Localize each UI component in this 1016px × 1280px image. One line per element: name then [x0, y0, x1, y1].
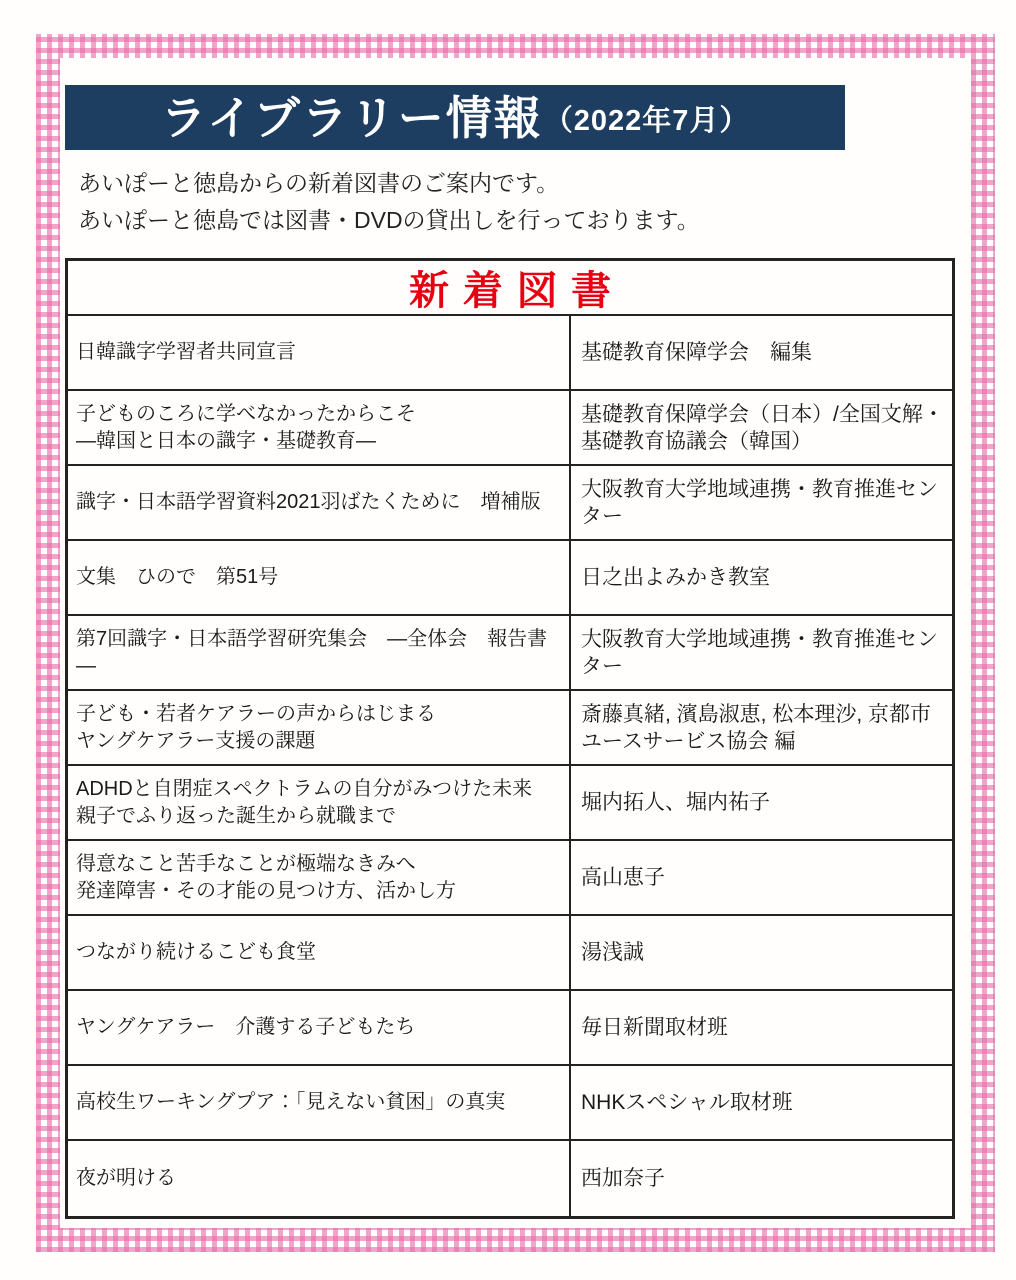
book-title-cell: ADHDと自閉症スペクトラムの自分がみつけた未来 親子でふり返った誕生から就職ま… [68, 766, 571, 839]
table-row: 得意なこと苦手なことが極端なきみへ 発達障害・その才能の見つけ方、活かし方 高山… [68, 841, 952, 916]
table-row: 子ども・若者ケアラーの声からはじまる ヤングケアラー支援の課題 斎藤真緒, 濱島… [68, 691, 952, 766]
flyer-page: ライブラリー情報 （2022年7月） あいぽーと徳島からの新着図書のご案内です。… [0, 0, 1016, 1280]
intro-text: あいぽーと徳島からの新着図書のご案内です。 あいぽーと徳島では図書・DVDの貸出… [78, 165, 938, 239]
book-title-cell: 日韓識字学習者共同宣言 [68, 316, 571, 389]
intro-line-1: あいぽーと徳島からの新着図書のご案内です。 [78, 165, 938, 202]
book-author-cell: 毎日新聞取材班 [571, 991, 952, 1064]
book-author-cell: 日之出よみかき教室 [571, 541, 952, 614]
book-author-cell: 大阪教育大学地域連携・教育推進センター [571, 616, 952, 689]
table-row: つながり続けるこども食堂 湯浅誠 [68, 916, 952, 991]
page-title-banner: ライブラリー情報 （2022年7月） [65, 85, 845, 150]
book-author-cell: 西加奈子 [571, 1141, 952, 1216]
book-author-cell: 堀内拓人、堀内祐子 [571, 766, 952, 839]
book-title-cell: 得意なこと苦手なことが極端なきみへ 発達障害・その才能の見つけ方、活かし方 [68, 841, 571, 914]
book-title-cell: 子どものころに学べなかったからこそ ―韓国と日本の識字・基礎教育― [68, 391, 571, 464]
table-row: ヤングケアラー 介護する子どもたち 毎日新聞取材班 [68, 991, 952, 1066]
table-row: 識字・日本語学習資料2021羽ばたくために 増補版 大阪教育大学地域連携・教育推… [68, 466, 952, 541]
book-author-cell: 大阪教育大学地域連携・教育推進センター [571, 466, 952, 539]
intro-line-2: あいぽーと徳島では図書・DVDの貸出しを行っております。 [78, 202, 938, 239]
book-title-cell: 高校生ワーキングプア：「見えない貧困」の真実 [68, 1066, 571, 1139]
book-title-cell: 夜が明ける [68, 1141, 571, 1216]
table-row: 日韓識字学習者共同宣言 基礎教育保障学会 編集 [68, 316, 952, 391]
table-row: 高校生ワーキングプア：「見えない貧困」の真実 NHKスペシャル取材班 [68, 1066, 952, 1141]
book-author-cell: 高山恵子 [571, 841, 952, 914]
table-row: 文集 ひので 第51号 日之出よみかき教室 [68, 541, 952, 616]
book-author-cell: 斎藤真緒, 濱島淑恵, 松本理沙, 京都市ユースサービス協会 編 [571, 691, 952, 764]
page-title: ライブラリー情報 [161, 95, 542, 141]
book-title-cell: つながり続けるこども食堂 [68, 916, 571, 989]
page-title-date: （2022年7月） [544, 99, 750, 136]
table-row: 第7回識字・日本語学習研究集会 ―全体会 報告書― 大阪教育大学地域連携・教育推… [68, 616, 952, 691]
new-books-table: 新着図書 日韓識字学習者共同宣言 基礎教育保障学会 編集 子どものころに学べなか… [65, 258, 955, 1219]
book-title-cell: ヤングケアラー 介護する子どもたち [68, 991, 571, 1064]
table-title: 新着図書 [68, 261, 952, 316]
book-title-cell: 第7回識字・日本語学習研究集会 ―全体会 報告書― [68, 616, 571, 689]
book-title-cell: 識字・日本語学習資料2021羽ばたくために 増補版 [68, 466, 571, 539]
book-author-cell: 基礎教育保障学会（日本）/全国文解・基礎教育協議会（韓国） [571, 391, 952, 464]
book-title-cell: 文集 ひので 第51号 [68, 541, 571, 614]
book-author-cell: NHKスペシャル取材班 [571, 1066, 952, 1139]
table-row: 子どものころに学べなかったからこそ ―韓国と日本の識字・基礎教育― 基礎教育保障… [68, 391, 952, 466]
table-row: 夜が明ける 西加奈子 [68, 1141, 952, 1216]
book-title-cell: 子ども・若者ケアラーの声からはじまる ヤングケアラー支援の課題 [68, 691, 571, 764]
book-author-cell: 基礎教育保障学会 編集 [571, 316, 952, 389]
table-row: ADHDと自閉症スペクトラムの自分がみつけた未来 親子でふり返った誕生から就職ま… [68, 766, 952, 841]
book-author-cell: 湯浅誠 [571, 916, 952, 989]
